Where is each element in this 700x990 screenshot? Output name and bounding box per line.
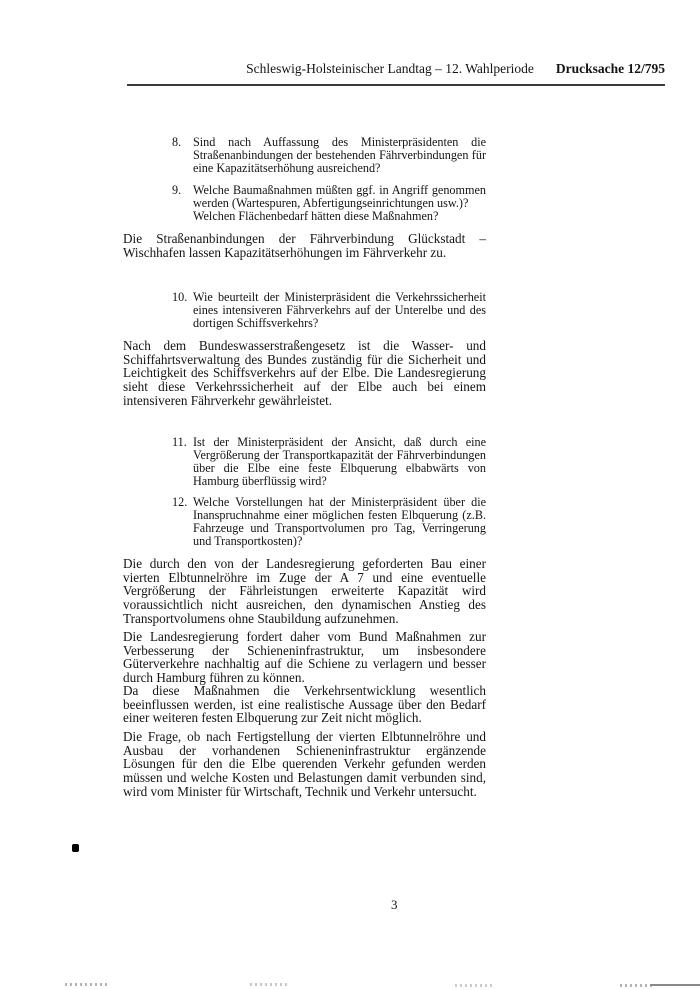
question-8-text: Sind nach Auffassung des Ministerpräside… xyxy=(193,136,486,175)
answer-paragraph-3: Die durch den von der Landesregierung ge… xyxy=(123,557,486,626)
question-10-text: Wie beurteilt der Ministerpräsident die … xyxy=(193,291,486,330)
question-10: 10. Wie beurteilt der Ministerpräsident … xyxy=(172,291,486,330)
ink-dot xyxy=(72,844,79,852)
scan-artifact xyxy=(455,984,495,987)
scan-artifact xyxy=(650,984,700,986)
scan-artifact xyxy=(620,984,652,987)
question-9-text-part1: Welche Baumaßnahmen müßten ggf. in Angri… xyxy=(193,183,486,210)
question-11-text: Ist der Ministerpräsident der Ansicht, d… xyxy=(193,436,486,488)
question-12-text: Welche Vorstellungen hat der Ministerprä… xyxy=(193,496,486,548)
question-8-number: 8. xyxy=(172,136,193,175)
question-9-text: Welche Baumaßnahmen müßten ggf. in Angri… xyxy=(193,184,486,223)
answer-paragraph-2: Nach dem Bundeswasserstraßengesetz ist d… xyxy=(123,339,486,408)
header-rule xyxy=(127,84,665,86)
header-title: Schleswig-Holsteinischer Landtag – 12. W… xyxy=(246,61,534,77)
question-12: 12. Welche Vorstellungen hat der Ministe… xyxy=(172,496,486,548)
answer-paragraph-4: Die Landesregierung fordert daher vom Bu… xyxy=(123,630,486,685)
question-9-text-part2: Welchen Flächenbedarf hätten diese Maßna… xyxy=(193,209,438,223)
header-document-number: Drucksache 12/795 xyxy=(556,61,665,77)
question-9-number: 9. xyxy=(172,184,193,223)
answer-paragraph-6: Die Frage, ob nach Fertigstellung der vi… xyxy=(123,730,486,799)
question-12-number: 12. xyxy=(172,496,193,548)
answer-paragraph-5: Da diese Maßnahmen die Verkehrsentwicklu… xyxy=(123,684,486,725)
question-10-number: 10. xyxy=(172,291,193,330)
page-header: Schleswig-Holsteinischer Landtag – 12. W… xyxy=(127,61,665,77)
answer-paragraph-1: Die Straßenanbindungen der Fährverbindun… xyxy=(123,232,486,259)
question-9: 9. Welche Baumaßnahmen müßten ggf. in An… xyxy=(172,184,486,223)
question-11: 11. Ist der Ministerpräsident der Ansich… xyxy=(172,436,486,488)
document-page: Schleswig-Holsteinischer Landtag – 12. W… xyxy=(0,0,700,990)
question-11-number: 11. xyxy=(172,436,193,488)
scan-artifact xyxy=(65,983,107,986)
scan-artifact xyxy=(250,983,288,986)
page-number: 3 xyxy=(391,897,398,913)
question-8: 8. Sind nach Auffassung des Ministerpräs… xyxy=(172,136,486,175)
